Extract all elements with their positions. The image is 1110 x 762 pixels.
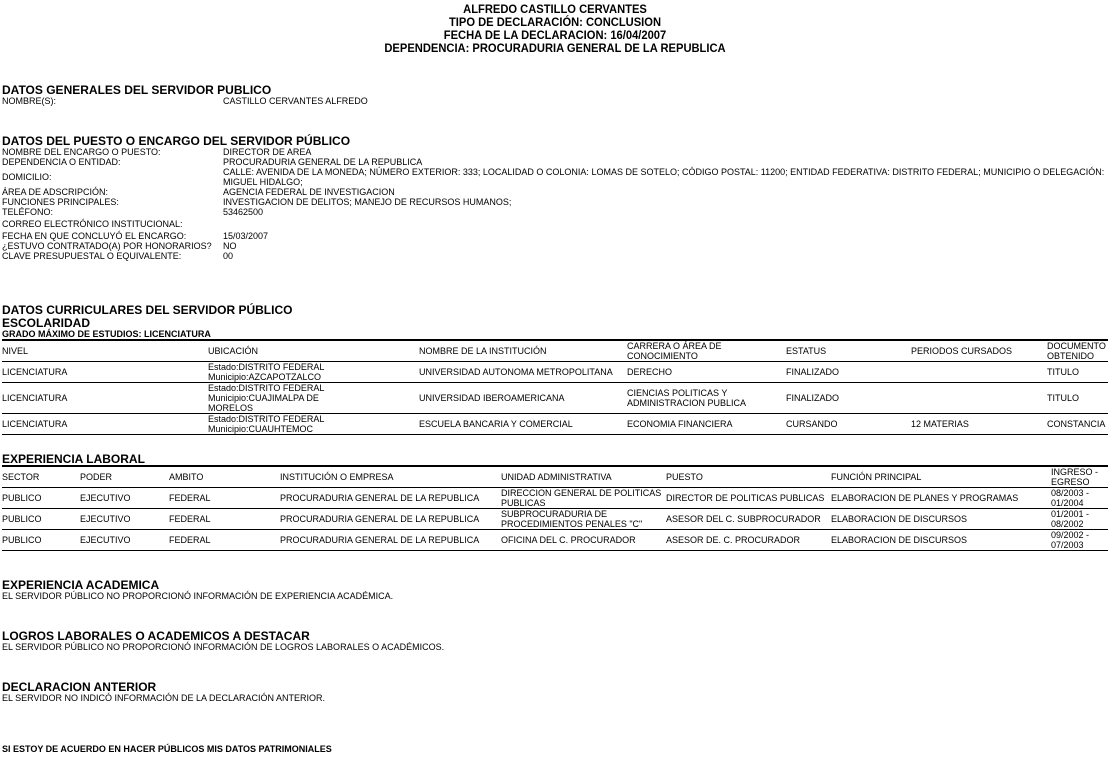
cell-nivel: LICENCIATURA [2,414,208,435]
datos-puesto-fields: NOMBRE DEL ENCARGO O PUESTO: DIRECTOR DE… [2,147,1108,261]
cell-ubicacion: Estado:DISTRITO FEDERAL Municipio:CUAUHT… [208,414,419,435]
field-nombre: NOMBRE(S): CASTILLO CERVANTES ALFREDO [2,96,1108,106]
datos-generales-fields: NOMBRE(S): CASTILLO CERVANTES ALFREDO [2,96,1108,106]
column-header: CARRERA O ÁREA DE CONOCIMIENTO [627,340,786,362]
column-header: PUESTO [666,466,831,488]
cell-estatus: CURSANDO [786,414,911,435]
section-title-escolaridad: ESCOLARIDAD [2,317,90,329]
section-title-experiencia-laboral: EXPERIENCIA LABORAL [2,453,145,465]
declaracion-anterior-note: EL SERVIDOR NO INDICÓ INFORMACIÓN DE LA … [2,693,325,703]
section-title-datos-curriculares: DATOS CURRICULARES DEL SERVIDOR PÚBLICO [2,304,292,316]
cell-periodos [911,362,1047,383]
escolaridad-table: NIVEL UBICACIÓN NOMBRE DE LA INSTITUCIÓN… [2,339,1108,435]
column-header: SECTOR [2,466,80,488]
field-value: DIRECTOR DE AREA [223,147,1108,157]
cell-unidad: DIRECCION GENERAL DE POLITICAS PUBLICAS [501,488,666,509]
cell-unidad: OFICINA DEL C. PROCURADOR [501,530,666,551]
grado-maximo: GRADO MÁXIMO DE ESTUDIOS: LICENCIATURA [2,329,211,339]
cell-funcion: ELABORACION DE DISCURSOS [831,509,1051,530]
cell-carrera: CIENCIAS POLITICAS Y ADMINISTRACION PUBL… [627,383,786,414]
cell-periodo: 01/2001 - 08/2002 [1051,509,1108,530]
section-title-datos-generales: DATOS GENERALES DEL SERVIDOR PUBLICO [2,84,271,96]
cell-unidad: SUBPROCURADURIA DE PROCEDIMIENTOS PENALE… [501,509,666,530]
public-data-consent: SI ESTOY DE ACUERDO EN HACER PÚBLICOS MI… [2,744,332,754]
cell-funcion: ELABORACION DE DISCURSOS [831,530,1051,551]
field-label: NOMBRE DEL ENCARGO O PUESTO: [2,147,223,157]
table-row: LICENCIATURA Estado:DISTRITO FEDERAL Mun… [2,383,1108,414]
cell-puesto: DIRECTOR DE POLITICAS PUBLICAS [666,488,831,509]
column-header: NOMBRE DE LA INSTITUCIÓN [419,340,627,362]
cell-funcion: ELABORACION DE PLANES Y PROGRAMAS [831,488,1051,509]
field-value: NO [223,241,1108,251]
column-header: INGRESO - EGRESO [1051,466,1108,488]
cell-puesto: ASESOR DE. C. PROCURADOR [666,530,831,551]
cell-institucion: PROCURADURIA GENERAL DE LA REPUBLICA [280,488,501,509]
field-label: CLAVE PRESUPUESTAL O EQUIVALENTE: [2,251,223,261]
field-label: CORREO ELECTRÓNICO INSTITUCIONAL: [2,219,223,229]
experiencia-academica-note: EL SERVIDOR PÚBLICO NO PROPORCIONÓ INFOR… [2,591,393,601]
declaration-dependency: DEPENDENCIA: PROCURADURIA GENERAL DE LA … [39,42,1071,55]
domicilio-line-2: MIGUEL HIDALGO; [223,177,303,187]
cell-periodo: 08/2003 - 01/2004 [1051,488,1108,509]
field-honorarios: ¿ESTUVO CONTRATADO(A) POR HONORARIOS? NO [2,241,1108,251]
cell-nivel: LICENCIATURA [2,362,208,383]
cell-sector: PUBLICO [2,488,80,509]
cell-sector: PUBLICO [2,509,80,530]
cell-ambito: FEDERAL [169,488,280,509]
cell-ambito: FEDERAL [169,509,280,530]
cell-puesto: ASESOR DEL C. SUBPROCURADOR [666,509,831,530]
section-title-declaracion-anterior: DECLARACION ANTERIOR [2,681,156,693]
cell-carrera: DERECHO [627,362,786,383]
cell-documento: CONSTANCIA [1047,414,1108,435]
section-title-datos-puesto: DATOS DEL PUESTO O ENCARGO DEL SERVIDOR … [2,135,350,147]
column-header: AMBITO [169,466,280,488]
cell-sector: PUBLICO [2,530,80,551]
table-row: PUBLICO EJECUTIVO FEDERAL PROCURADURIA G… [2,509,1108,530]
field-clave-presupuestal: CLAVE PRESUPUESTAL O EQUIVALENTE: 00 [2,251,1108,261]
column-header: PODER [80,466,169,488]
column-header: INSTITUCIÓN O EMPRESA [280,466,501,488]
column-header: DOCUMENTO OBTENIDO [1047,340,1108,362]
field-value [223,219,1108,229]
cell-estatus: FINALIZADO [786,362,911,383]
column-header: PERIODOS CURSADOS [911,340,1047,362]
section-title-experiencia-academica: EXPERIENCIA ACADEMICA [2,579,159,591]
cell-ubicacion: Estado:DISTRITO FEDERAL Municipio:AZCAPO… [208,362,419,383]
field-value: 15/03/2007 [223,231,1108,241]
field-dependencia: DEPENDENCIA O ENTIDAD: PROCURADURIA GENE… [2,157,1108,167]
field-value: AGENCIA FEDERAL DE INVESTIGACION [223,187,1108,197]
cell-institucion: UNIVERSIDAD AUTONOMA METROPOLITANA [419,362,627,383]
cell-poder: EJECUTIVO [80,488,169,509]
field-value: CASTILLO CERVANTES ALFREDO [223,96,1108,106]
field-label: DEPENDENCIA O ENTIDAD: [2,157,223,167]
field-label: ÁREA DE ADSCRIPCIÓN: [2,187,223,197]
cell-ambito: FEDERAL [169,530,280,551]
experiencia-laboral-table: SECTOR PODER AMBITO INSTITUCIÓN O EMPRES… [2,465,1108,551]
cell-periodo: 09/2002 - 07/2003 [1051,530,1108,551]
field-label: FUNCIONES PRINCIPALES: [2,197,223,207]
cell-periodos [911,383,1047,414]
field-value: 53462500 [223,207,1108,217]
field-value: CALLE: AVENIDA DE LA MONEDA; NÚMERO EXTE… [223,167,1108,187]
column-header: FUNCIÓN PRINCIPAL [831,466,1051,488]
table-row: LICENCIATURA Estado:DISTRITO FEDERAL Mun… [2,362,1108,383]
cell-carrera: ECONOMIA FINANCIERA [627,414,786,435]
cell-poder: EJECUTIVO [80,530,169,551]
table-header-row: SECTOR PODER AMBITO INSTITUCIÓN O EMPRES… [2,466,1108,488]
column-header: ESTATUS [786,340,911,362]
field-value: 00 [223,251,1108,261]
cell-periodos: 12 MATERIAS [911,414,1047,435]
table-row: PUBLICO EJECUTIVO FEDERAL PROCURADURIA G… [2,488,1108,509]
cell-estatus: FINALIZADO [786,383,911,414]
field-label: ¿ESTUVO CONTRATADO(A) POR HONORARIOS? [2,241,223,251]
field-funciones: FUNCIONES PRINCIPALES: INVESTIGACION DE … [2,197,1108,207]
field-correo: CORREO ELECTRÓNICO INSTITUCIONAL: [2,219,1108,229]
field-domicilio: DOMICILIO: CALLE: AVENIDA DE LA MONEDA; … [2,167,1108,187]
field-label: TELÉFONO: [2,207,223,217]
column-header: UNIDAD ADMINISTRATIVA [501,466,666,488]
field-fecha-conclusion: FECHA EN QUE CONCLUYÓ EL ENCARGO: 15/03/… [2,231,1108,241]
table-row: LICENCIATURA Estado:DISTRITO FEDERAL Mun… [2,414,1108,435]
field-puesto: NOMBRE DEL ENCARGO O PUESTO: DIRECTOR DE… [2,147,1108,157]
cell-documento: TITULO [1047,383,1108,414]
cell-documento: TITULO [1047,362,1108,383]
document-header: ALFREDO CASTILLO CERVANTES TIPO DE DECLA… [0,3,1110,55]
column-header: NIVEL [2,340,208,362]
field-value: INVESTIGACION DE DELITOS; MANEJO DE RECU… [223,197,1108,207]
cell-institucion: UNIVERSIDAD IBEROAMERICANA [419,383,627,414]
field-label: FECHA EN QUE CONCLUYÓ EL ENCARGO: [2,231,223,241]
logros-note: EL SERVIDOR PÚBLICO NO PROPORCIONÓ INFOR… [2,642,444,652]
domicilio-line-1: CALLE: AVENIDA DE LA MONEDA; NÚMERO EXTE… [223,167,1104,177]
cell-ubicacion: Estado:DISTRITO FEDERAL Municipio:CUAJIM… [208,383,419,414]
cell-institucion: PROCURADURIA GENERAL DE LA REPUBLICA [280,509,501,530]
field-telefono: TELÉFONO: 53462500 [2,207,1108,217]
section-title-logros: LOGROS LABORALES O ACADEMICOS A DESTACAR [2,630,310,642]
field-label: NOMBRE(S): [2,96,223,106]
cell-institucion: PROCURADURIA GENERAL DE LA REPUBLICA [280,530,501,551]
field-area: ÁREA DE ADSCRIPCIÓN: AGENCIA FEDERAL DE … [2,187,1108,197]
cell-poder: EJECUTIVO [80,509,169,530]
cell-nivel: LICENCIATURA [2,383,208,414]
cell-institucion: ESCUELA BANCARIA Y COMERCIAL [419,414,627,435]
table-row: PUBLICO EJECUTIVO FEDERAL PROCURADURIA G… [2,530,1108,551]
field-value: PROCURADURIA GENERAL DE LA REPUBLICA [223,157,1108,167]
table-header-row: NIVEL UBICACIÓN NOMBRE DE LA INSTITUCIÓN… [2,340,1108,362]
field-label: DOMICILIO: [2,172,223,182]
column-header: UBICACIÓN [208,340,419,362]
